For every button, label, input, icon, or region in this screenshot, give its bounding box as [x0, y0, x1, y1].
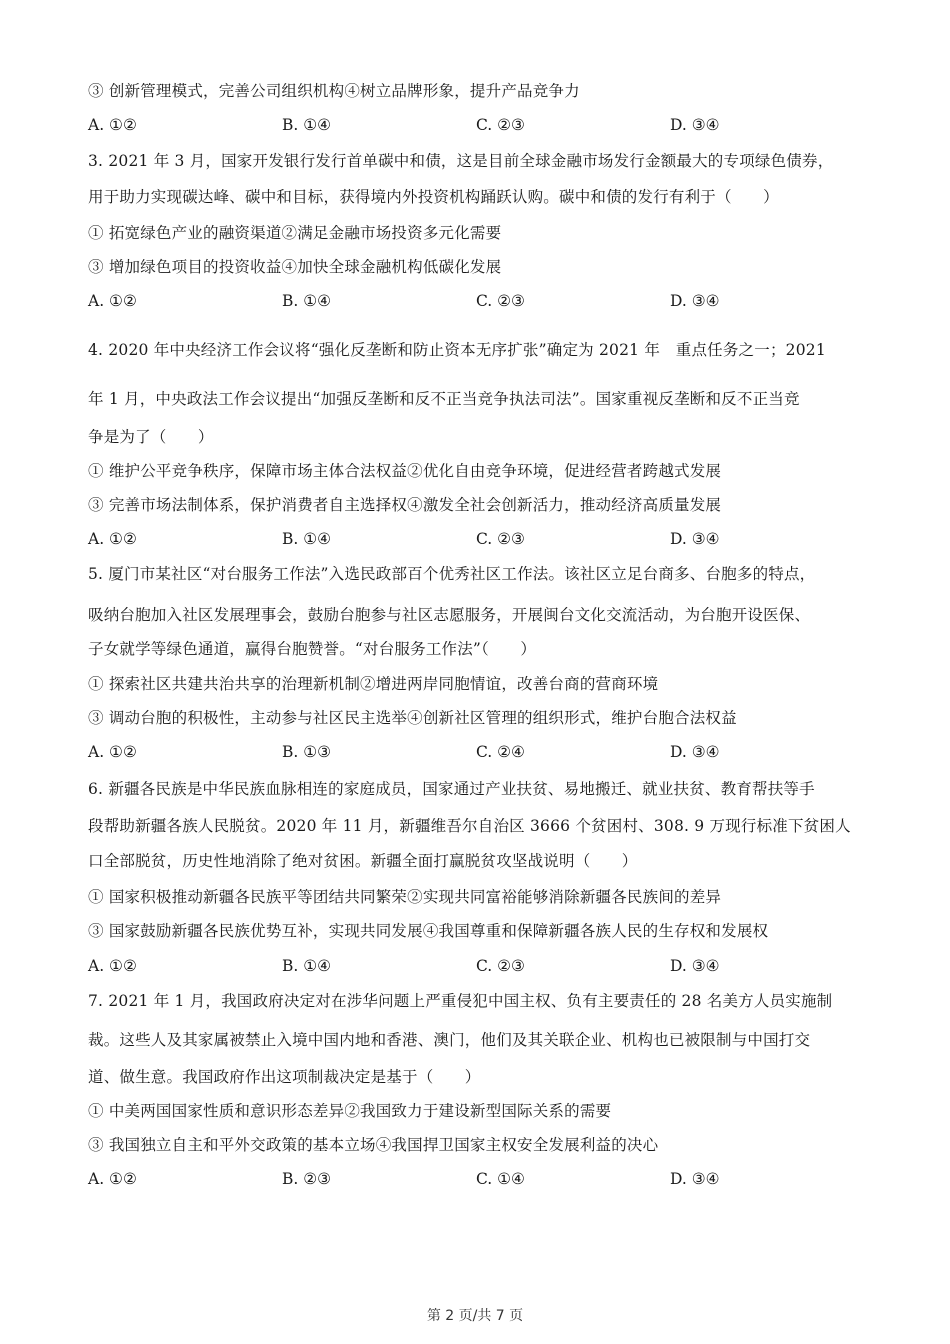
- q7-stem-line-2: 裁。这些人及其家属被禁止入境中国内地和香港、澳门，他们及其关联企业、机构也已被限…: [88, 1030, 810, 1050]
- q4-statement-3-4: ③ 完善市场法制体系，保护消费者自主选择权④激发全社会创新活力，推动经济高质量发…: [88, 495, 721, 515]
- q7-option-c[interactable]: C. ①④: [476, 1169, 525, 1189]
- q2-option-b[interactable]: B. ①④: [282, 115, 331, 135]
- q5-stem-line-3: 子女就学等绿色通道，赢得台胞赞誉。“对台服务工作法”（ ）: [88, 639, 536, 659]
- q6-options: A. ①② B. ①④ C. ②③ D. ③④: [88, 956, 888, 976]
- q6-stem-line-1: 6. 新疆各民族是中华民族血脉相连的家庭成员，国家通过产业扶贫、易地搬迁、就业扶…: [88, 779, 815, 799]
- q5-stem-line-2: 吸纳台胞加入社区发展理事会，鼓励台胞参与社区志愿服务，开展闽台文化交流活动，为台…: [88, 605, 810, 625]
- q6-option-b[interactable]: B. ①④: [282, 956, 331, 976]
- q5-option-a[interactable]: A. ①②: [88, 742, 137, 762]
- page-footer: 第 2 页/共 7 页: [0, 1305, 950, 1325]
- q2-options: A. ①② B. ①④ C. ②③ D. ③④: [88, 115, 888, 135]
- q3-option-c[interactable]: C. ②③: [476, 291, 525, 311]
- q6-stem-line-2: 段帮助新疆各族人民脱贫。2020 年 11 月，新疆维吾尔自治区 3666 个贫…: [88, 816, 851, 836]
- q7-option-a[interactable]: A. ①②: [88, 1169, 137, 1189]
- q6-option-a[interactable]: A. ①②: [88, 956, 137, 976]
- q4-options: A. ①② B. ①④ C. ②③ D. ③④: [88, 529, 888, 549]
- q3-option-a[interactable]: A. ①②: [88, 291, 137, 311]
- q4-option-b[interactable]: B. ①④: [282, 529, 331, 549]
- q5-option-d[interactable]: D. ③④: [670, 742, 720, 762]
- q7-options: A. ①② B. ②③ C. ①④ D. ③④: [88, 1169, 888, 1189]
- q7-option-d[interactable]: D. ③④: [670, 1169, 720, 1189]
- q4-statement-1-2: ① 维护公平竞争秩序，保障市场主体合法权益②优化自由竞争环境，促进经营者跨越式发…: [88, 461, 721, 481]
- q3-option-d[interactable]: D. ③④: [670, 291, 720, 311]
- q3-statement-3-4: ③ 增加绿色项目的投资收益④加快全球金融机构低碳化发展: [88, 257, 501, 277]
- q5-option-c[interactable]: C. ②④: [476, 742, 525, 762]
- q6-stem-line-3: 口全部脱贫，历史性地消除了绝对贫困。新疆全面打赢脱贫攻坚战说明（ ）: [88, 851, 638, 871]
- q4-stem-line-2: 年 1 月，中央政法工作会议提出“加强反垄断和反不正当竞争执法司法”。国家重视反…: [88, 389, 800, 409]
- q3-statement-1-2: ① 拓宽绿色产业的融资渠道②满足金融市场投资多元化需要: [88, 223, 501, 243]
- q5-statement-3-4: ③ 调动台胞的积极性，主动参与社区民主选举④创新社区管理的组织形式，维护台胞合法…: [88, 708, 737, 728]
- q6-option-d[interactable]: D. ③④: [670, 956, 720, 976]
- q2-option-d[interactable]: D. ③④: [670, 115, 720, 135]
- q2-statement-3-4: ③ 创新管理模式，完善公司组织机构④树立品牌形象，提升产品竞争力: [88, 81, 580, 101]
- q7-stem-line-3: 道、做生意。我国政府作出这项制裁决定是基于（ ）: [88, 1067, 481, 1087]
- q3-stem-line-1: 3. 2021 年 3 月，国家开发银行发行首单碳中和债，这是目前全球金融市场发…: [88, 151, 833, 171]
- q7-statement-1-2: ① 中美两国国家性质和意识形态差异②我国致力于建设新型国际关系的需要: [88, 1101, 611, 1121]
- q4-option-a[interactable]: A. ①②: [88, 529, 137, 549]
- q4-option-d[interactable]: D. ③④: [670, 529, 720, 549]
- q7-option-b[interactable]: B. ②③: [282, 1169, 331, 1189]
- q2-option-a[interactable]: A. ①②: [88, 115, 137, 135]
- q5-options: A. ①② B. ①③ C. ②④ D. ③④: [88, 742, 888, 762]
- q2-option-c[interactable]: C. ②③: [476, 115, 525, 135]
- q3-options: A. ①② B. ①④ C. ②③ D. ③④: [88, 291, 888, 311]
- q7-stem-line-1: 7. 2021 年 1 月，我国政府决定对在涉华问题上严重侵犯中国主权、负有主要…: [88, 991, 832, 1011]
- q3-stem-line-2: 用于助力实现碳达峰、碳中和目标，获得境内外投资机构踊跃认购。碳中和债的发行有利于…: [88, 187, 779, 207]
- q3-option-b[interactable]: B. ①④: [282, 291, 331, 311]
- q5-option-b[interactable]: B. ①③: [282, 742, 331, 762]
- q4-stem-line-1: 4. 2020 年中央经济工作会议将“强化反垄断和防止资本无序扩张”确定为 20…: [88, 340, 826, 360]
- q6-statement-3-4: ③ 国家鼓励新疆各民族优势互补，实现共同发展④我国尊重和保障新疆各族人民的生存权…: [88, 921, 768, 941]
- q4-stem-line-3: 争是为了（ ）: [88, 427, 214, 447]
- q4-option-c[interactable]: C. ②③: [476, 529, 525, 549]
- q5-stem-line-1: 5. 厦门市某社区“对台服务工作法”入选民政部百个优秀社区工作法。该社区立足台商…: [88, 564, 815, 584]
- q6-option-c[interactable]: C. ②③: [476, 956, 525, 976]
- q7-statement-3-4: ③ 我国独立自主和平外交政策的基本立场④我国捍卫国家主权安全发展利益的决心: [88, 1135, 658, 1155]
- q6-statement-1-2: ① 国家积极推动新疆各民族平等团结共同繁荣②实现共同富裕能够消除新疆各民族间的差…: [88, 887, 721, 907]
- q5-statement-1-2: ① 探索社区共建共治共享的治理新机制②增进两岸同胞情谊，改善台商的营商环境: [88, 674, 658, 694]
